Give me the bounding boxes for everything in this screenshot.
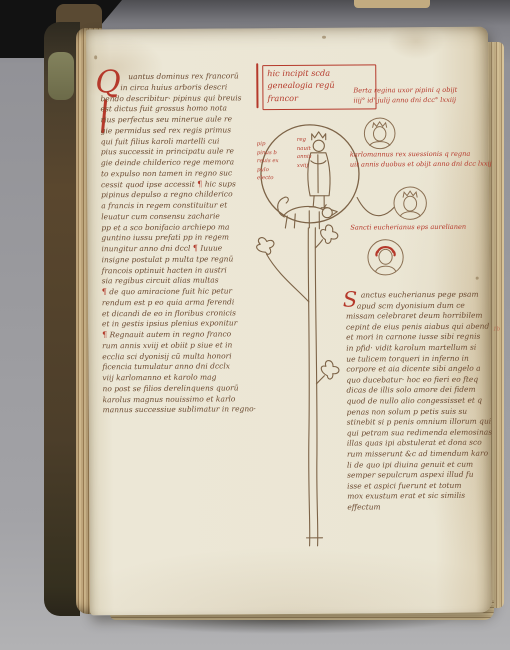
manuscript-page: hic incipit scdagenealogia regūfrancor Q… [86,27,492,616]
connector-curve [357,197,394,216]
book-spine [44,22,80,616]
text-line: hic incipit scda [267,66,371,79]
text-line: effectum [347,501,510,513]
leaf-stalk [315,240,322,248]
paragraph-mark: ¶ [102,330,107,339]
paragraph-mark: ¶ [197,179,202,188]
stain-speck [322,36,326,39]
folio-mark: 1b [493,327,500,333]
text-line: iiij° id' julij anno dni dcc° lxxiij [353,94,510,105]
text-line: pip [257,140,291,149]
berta-caption: Berta regina uxor pipini q obijtiiij° id… [353,84,510,105]
queen-portrait-roundel [363,116,397,150]
text-line: nauit [297,144,325,153]
bishop-portrait-roundel [365,237,405,277]
text-line: xviij [297,162,325,171]
book-shadow [66,618,502,638]
stain-speck [476,277,479,280]
text-line: cepint de eius penis aiabus qui abend [346,321,510,333]
medallion-label-left: pippinus breuis expuloelecto [257,140,291,183]
photograph-of-manuscript: hic incipit scdagenealogia regūfrancor Q… [0,0,510,650]
text-line: pinus b [257,149,291,158]
paragraph-mark: ¶ [193,244,198,253]
right-text-column: anctus eucherianus pege psamapud scm dyo… [346,289,510,513]
book-top-page-edge [354,0,430,8]
text-line: annis [297,153,325,162]
text-line: pulo [257,166,291,175]
text-line: rum misserunt &c ad timendum karo [347,448,510,460]
stain-speck [94,55,97,59]
text-line: stinebit si p penis omnium illorum qui [347,417,510,429]
king-portrait-roundel [392,185,428,221]
text-line: reg [297,136,325,145]
leaf-flourish [254,235,276,257]
karlomannus-caption: karlomannus rex suessionis q regnauit an… [350,148,510,169]
leaf-stalk [316,376,324,384]
leaf-stalk [267,254,309,302]
text-line: qui petram sua redimenda elemosinas [347,427,510,439]
medallion-label-right: regnauitannisxviij [297,136,325,171]
eucherius-caption: Sancti eucherianus eps aurelianen [350,222,502,233]
text-line: uit annis duobus et obijt anno dni dcc l… [350,158,510,169]
paragraph-mark: ¶ [102,287,107,296]
text-line: reuis ex [257,157,291,166]
endband [48,52,74,100]
text-line: electo [257,174,291,183]
text-line: Sancti eucherianus eps aurelianen [350,222,502,233]
